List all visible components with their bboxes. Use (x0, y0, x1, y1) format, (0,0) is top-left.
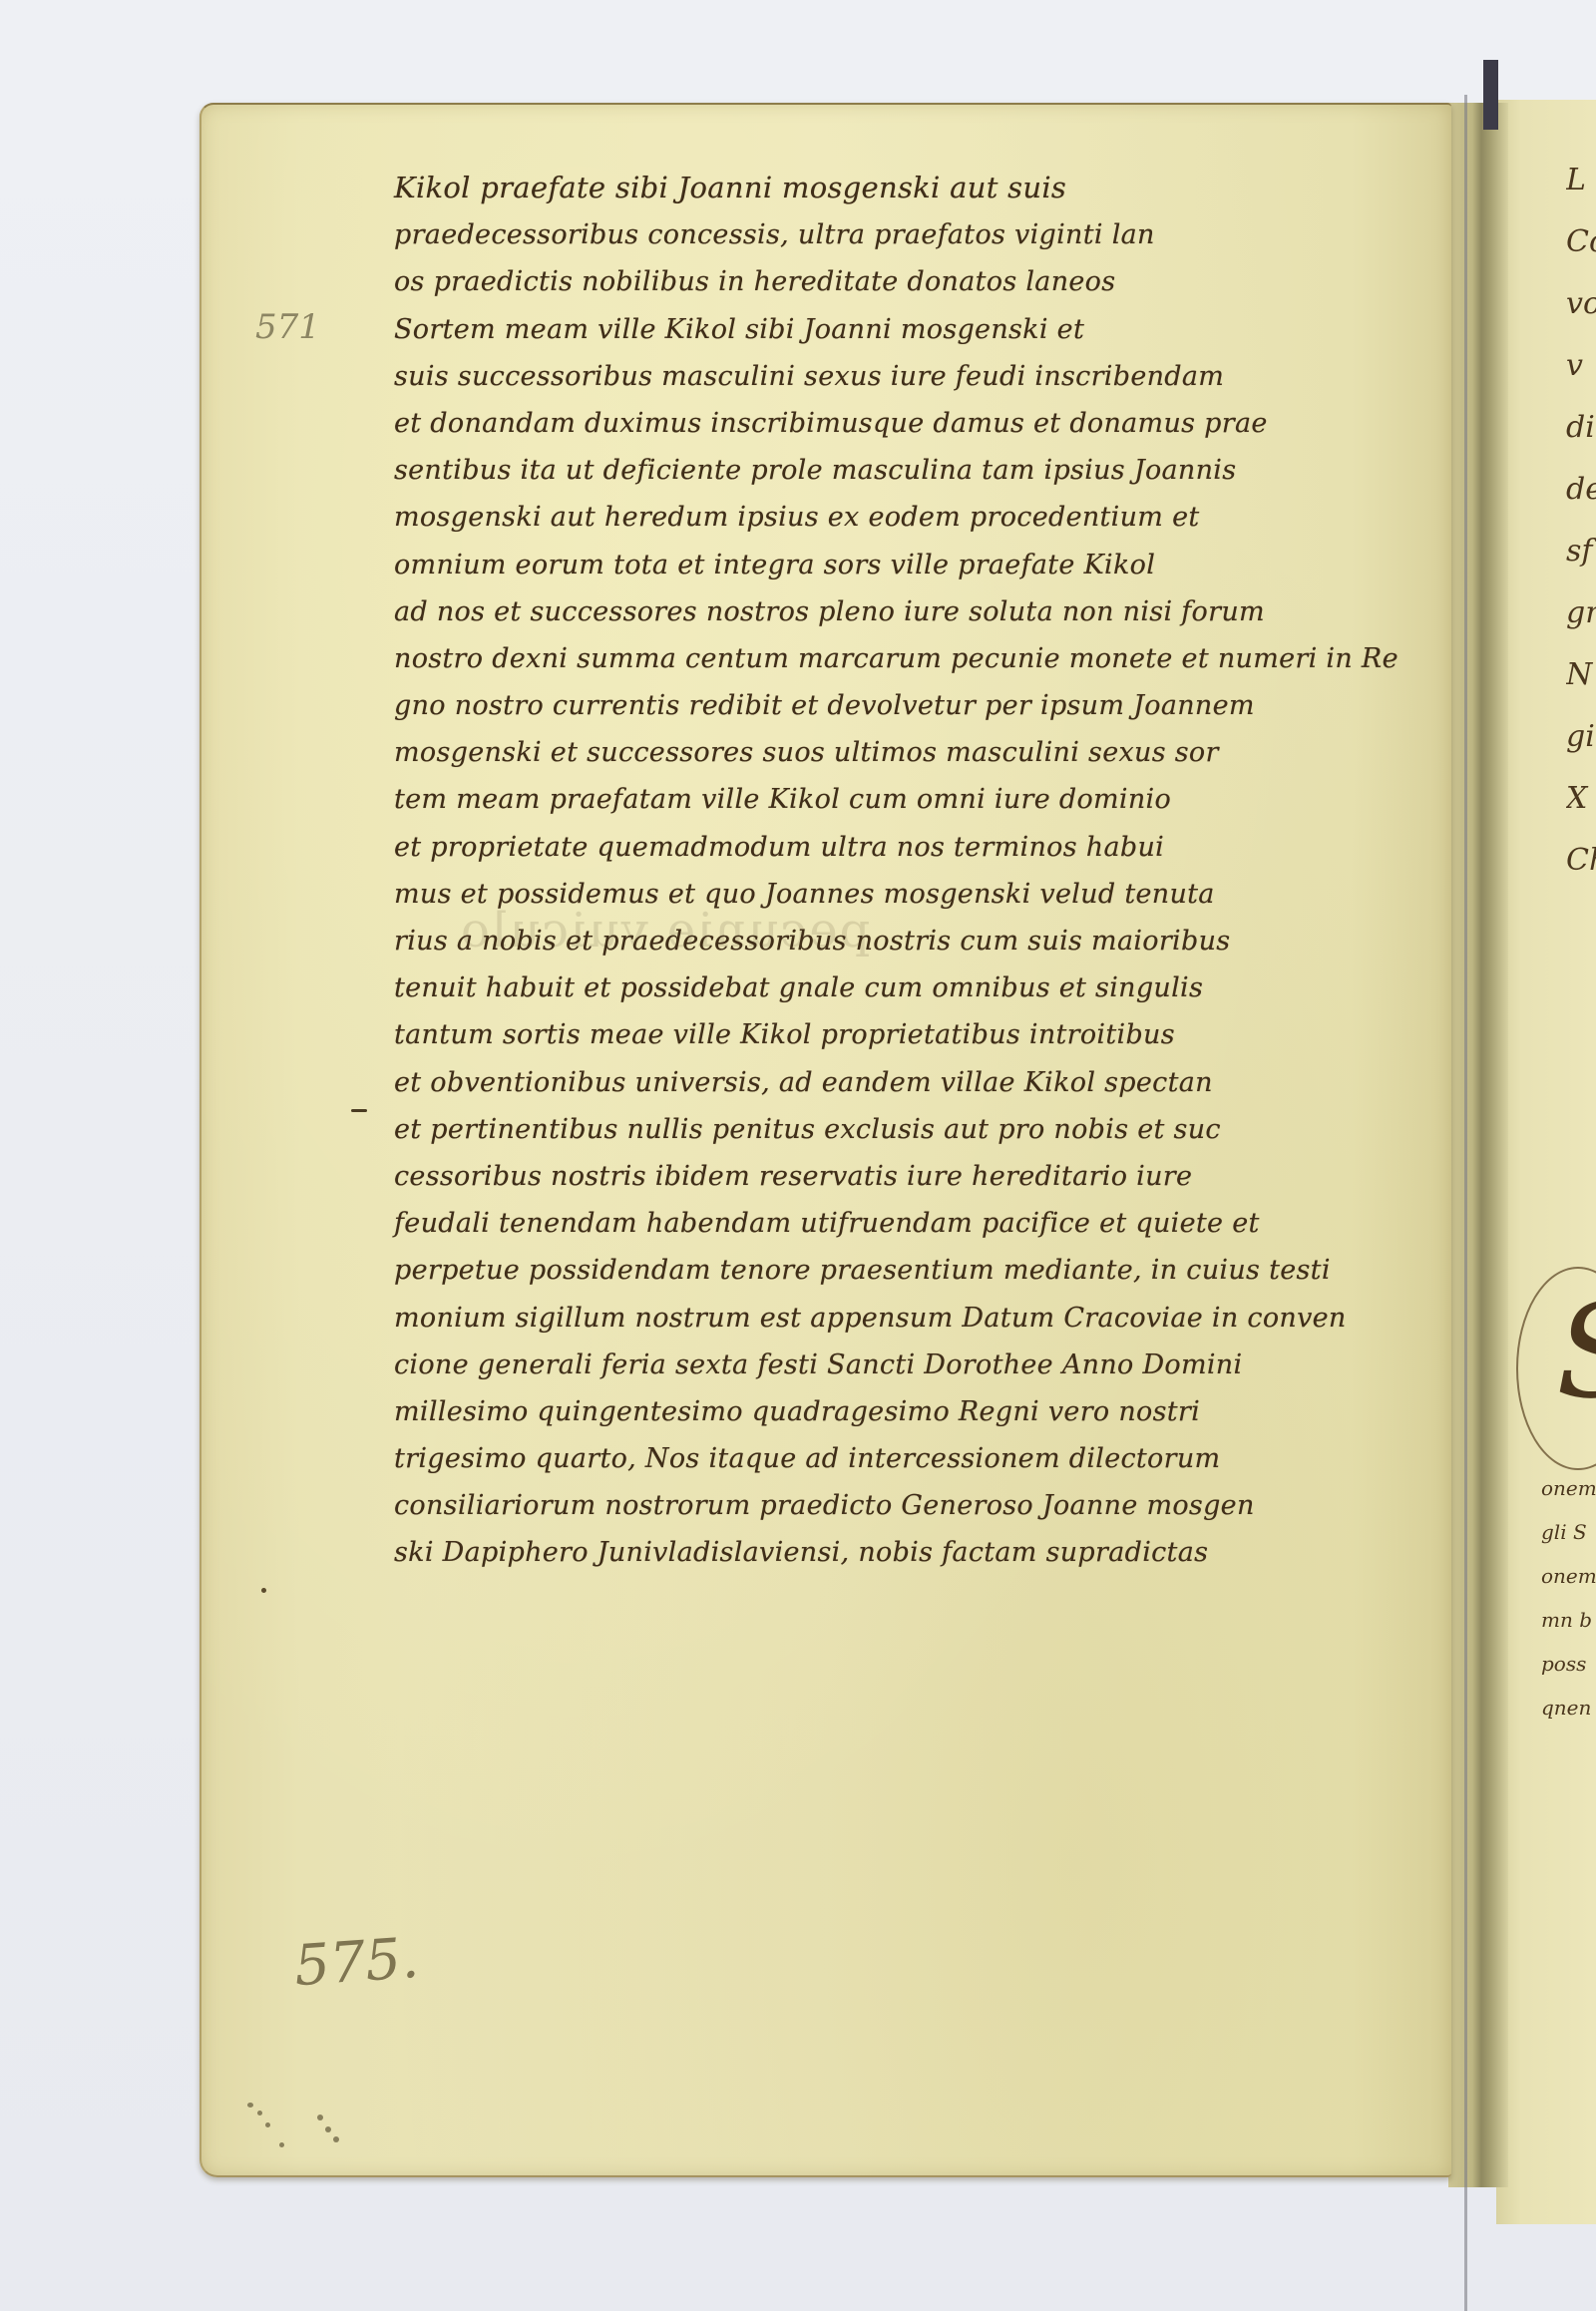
recto-line: qnen (1541, 1686, 1596, 1730)
text-line: sentibus ita ut deficiente prole masculi… (394, 447, 1332, 494)
text-line: tantum sortis meae ville Kikol proprieta… (394, 1011, 1332, 1058)
text-line: mosgenski et successores suos ultimos ma… (394, 729, 1332, 776)
gutter-crease (1464, 95, 1467, 2311)
text-line: cione generali feria sexta festi Sancti … (394, 1342, 1332, 1388)
ink-spot (257, 2111, 262, 2116)
text-line: suis successoribus masculini sexus iure … (394, 353, 1332, 400)
text-line: Kikol praefate sibi Joanni mosgenski aut… (394, 165, 1332, 211)
recto-line: Co (1566, 211, 1596, 273)
text-line: feudali tenendam habendam utifruendam pa… (394, 1200, 1332, 1247)
margin-dot-mark (261, 1588, 266, 1593)
manuscript-text-block: Kikol praefate sibi Joanni mosgenski aut… (394, 165, 1332, 1577)
ink-spot (279, 2142, 284, 2147)
text-line: nostro dexni summa centum marcarum pecun… (394, 635, 1332, 682)
recto-line: vo (1566, 273, 1596, 335)
text-line: et donandam duximus inscribimusque damus… (394, 400, 1332, 447)
recto-line: di (1566, 397, 1596, 459)
text-line: omnium eorum tota et integra sors ville … (394, 542, 1332, 588)
ink-spot (325, 2126, 331, 2132)
text-line: mosgenski aut heredum ipsius ex eodem pr… (394, 494, 1332, 541)
text-line: millesimo quingentesimo quadragesimo Reg… (394, 1388, 1332, 1435)
recto-line: Ch (1566, 830, 1596, 892)
recto-line: poss (1541, 1642, 1596, 1686)
recto-line: de (1566, 459, 1596, 521)
folio-number-bottom: 575. (292, 1926, 421, 2000)
text-line: et proprietate quemadmodum ultra nos ter… (394, 824, 1332, 871)
text-line: perpetue possidendam tenore praesentium … (394, 1247, 1332, 1294)
text-line: praedecessoribus concessis, ultra praefa… (394, 211, 1332, 258)
text-line: cessoribus nostris ibidem reservatis iur… (394, 1153, 1332, 1200)
recto-line: X (1566, 768, 1596, 830)
recto-line: onem (1541, 1466, 1596, 1510)
recto-line: N (1566, 644, 1596, 706)
decorated-initial-letter: S (1556, 1287, 1596, 1416)
text-line: ad nos et successores nostros pleno iure… (394, 588, 1332, 635)
ink-spot (247, 2103, 253, 2108)
binding-clip (1483, 60, 1498, 130)
text-line: et pertinentibus nullis penitus exclusis… (394, 1106, 1332, 1153)
ink-spot (317, 2115, 323, 2120)
text-line: gno nostro currentis redibit et devolvet… (394, 682, 1332, 729)
recto-line: v (1566, 335, 1596, 397)
recto-line: gi (1566, 706, 1596, 768)
text-line: monium sigillum nostrum est appensum Dat… (394, 1295, 1332, 1342)
text-line: consiliariorum nostrorum praedicto Gener… (394, 1482, 1332, 1529)
ink-spot (333, 2136, 339, 2142)
recto-text-fragment-upper: L Co vo v di de sf gm N gi X Ch (1566, 150, 1596, 892)
text-line: tem meam praefatam ville Kikol cum omni … (394, 776, 1332, 823)
folio-number-top: 571 (255, 307, 320, 347)
recto-line: sf (1566, 521, 1596, 582)
text-line: trigesimo quarto, Nos itaque ad interces… (394, 1435, 1332, 1482)
text-line: ski Dapiphero Junivladislaviensi, nobis … (394, 1529, 1332, 1576)
text-line: rius a nobis et praedecessoribus nostris… (394, 918, 1332, 964)
ink-spot (265, 2122, 270, 2127)
text-line: tenuit habuit et possidebat gnale cum om… (394, 964, 1332, 1011)
recto-line: mn b (1541, 1598, 1596, 1642)
recto-line: gm (1566, 582, 1596, 644)
text-line: mus et possidemus et quo Joannes mosgens… (394, 871, 1332, 918)
margin-dash-mark (351, 1109, 367, 1112)
text-line: Sortem meam ville Kikol sibi Joanni mosg… (394, 306, 1332, 353)
text-line: et obventionibus universis, ad eandem vi… (394, 1059, 1332, 1106)
recto-line: L (1566, 150, 1596, 211)
text-line: os praedictis nobilibus in hereditate do… (394, 258, 1332, 305)
recto-text-fragment-lower: onem gli S onem mn b poss qnen (1541, 1466, 1596, 1730)
recto-line: gli S (1541, 1510, 1596, 1554)
recto-line: onem (1541, 1554, 1596, 1598)
binding-gutter (1448, 103, 1508, 2187)
